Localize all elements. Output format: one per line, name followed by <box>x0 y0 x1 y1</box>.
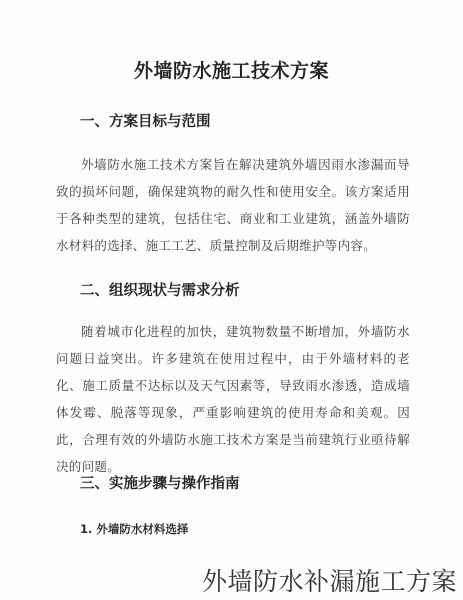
section-heading-3: 三、实施步骤与操作指南 <box>80 472 240 493</box>
section-paragraph-1: 外墙防水施工技术方案旨在解决建筑外墙因雨水渗漏而导致的损坏问题，确保建筑物的耐久… <box>56 151 410 259</box>
sub-heading-material-selection: 1. 外墙防水材料选择 <box>80 521 188 537</box>
watermark-caption: 外墙防水补漏施工方案 <box>202 562 457 598</box>
document-page: 外墙防水施工技术方案 一、方案目标与范围 外墙防水施工技术方案旨在解决建筑外墙因… <box>0 0 463 600</box>
section-heading-1: 一、方案目标与范围 <box>80 110 211 131</box>
section-heading-2: 二、组织现状与需求分析 <box>80 279 240 300</box>
document-title: 外墙防水施工技术方案 <box>0 56 463 83</box>
section-paragraph-2: 随着城市化进程的加快，建筑物数量不断增加，外墙防水问题日益突出。许多建筑在使用过… <box>56 318 410 480</box>
